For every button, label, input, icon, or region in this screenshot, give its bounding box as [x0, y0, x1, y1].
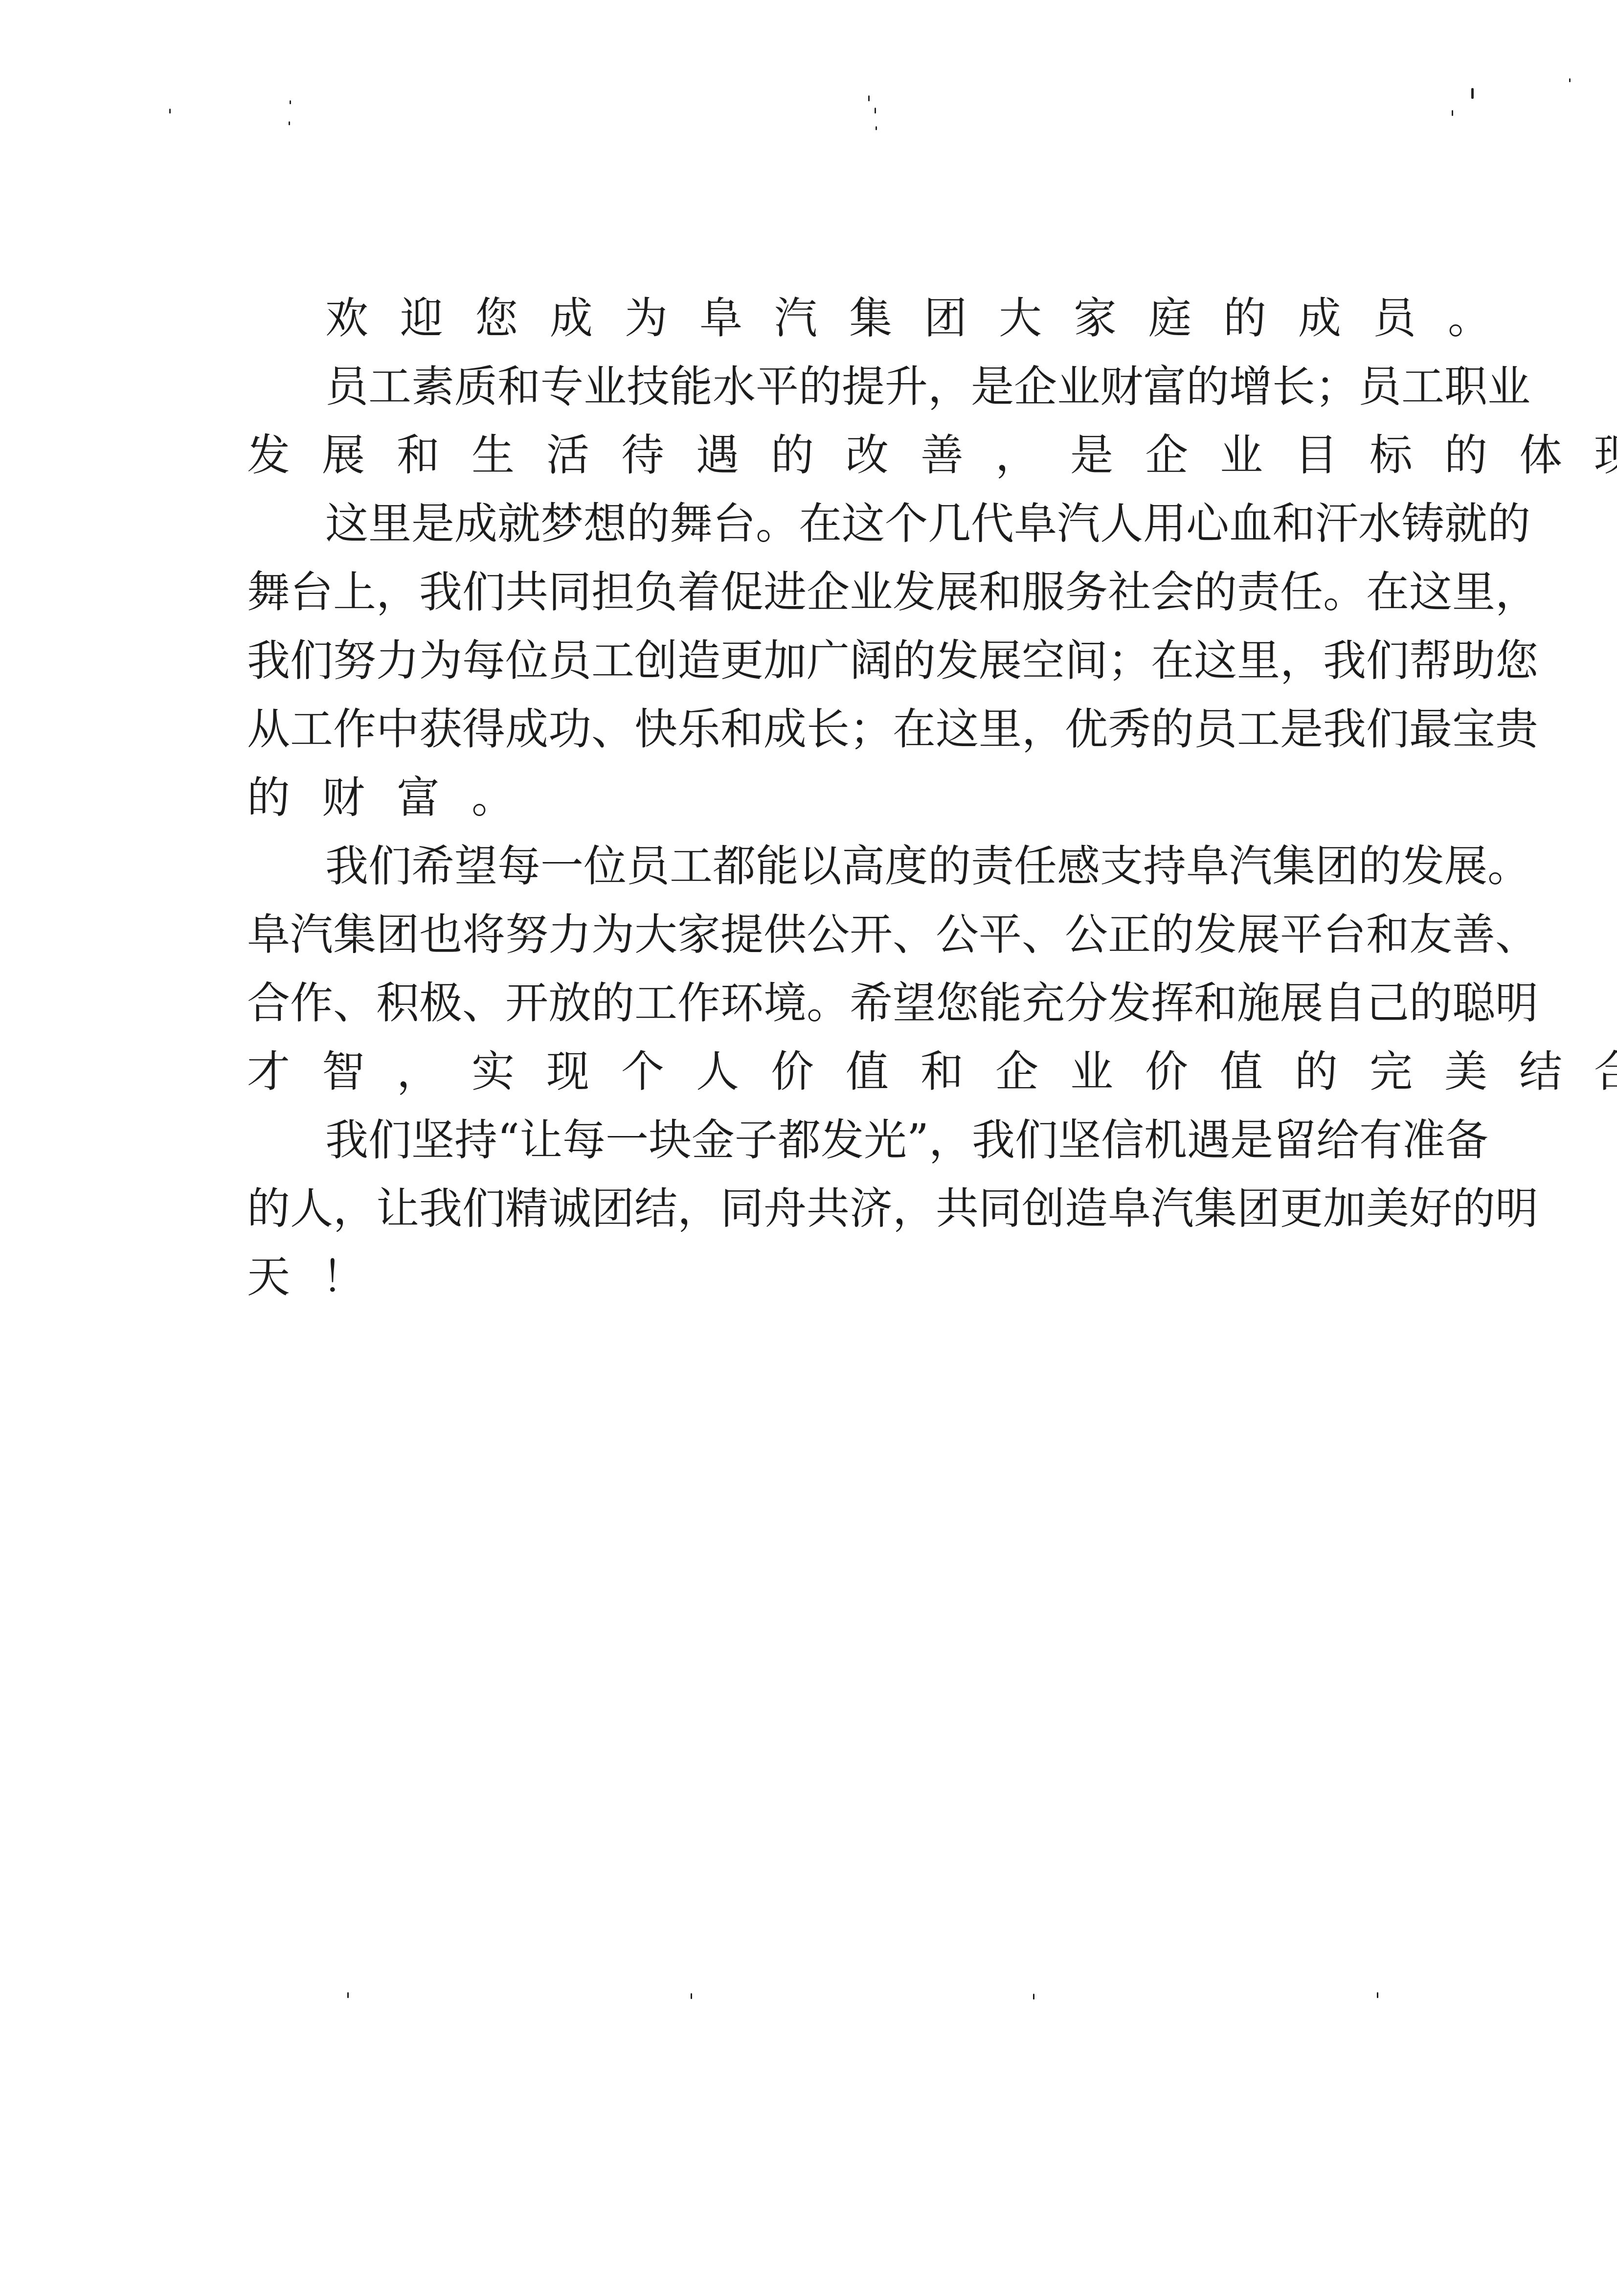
paragraph-4-line-2: 阜汽集团也将努力为大家提供公开、公平、公正的发展平台和友善、	[247, 900, 1370, 969]
scan-artifact	[169, 109, 171, 114]
scan-artifact	[290, 100, 291, 104]
scan-artifact	[875, 108, 876, 114]
paragraph-5-line-3: 天！	[247, 1243, 1370, 1311]
scan-artifact	[1569, 78, 1571, 82]
registration-mark	[1033, 1994, 1034, 2000]
paragraph-4-line-3: 合作、积极、开放的工作环境。希望您能充分发挥和施展自己的聪明	[247, 969, 1370, 1037]
scan-artifact	[1452, 110, 1453, 116]
paragraph-3-line-5: 的财富。	[247, 763, 1370, 832]
paragraph-2-line-1: 员工素质和专业技能水平的提升，是企业财富的增长；员工职业	[247, 352, 1370, 421]
paragraph-2-line-2: 发展和生活待遇的改善，是企业目标的体现。	[247, 421, 1370, 489]
paragraph-4-line-1: 我们希望每一位员工都能以高度的责任感支持阜汽集团的发展。	[247, 832, 1370, 900]
scan-artifact	[289, 121, 290, 125]
scan-artifact	[1471, 88, 1474, 99]
paragraph-1-line-1: 欢迎您成为阜汽集团大家庭的成员。	[247, 284, 1370, 352]
paragraph-5-line-2: 的人，让我们精诚团结，同舟共济，共同创造阜汽集团更加美好的明	[247, 1174, 1370, 1243]
registration-mark	[347, 1992, 349, 1998]
paragraph-3-line-3: 我们努力为每位员工创造更加广阔的发展空间；在这里，我们帮助您	[247, 626, 1370, 695]
paragraph-3-line-1: 这里是成就梦想的舞台。在这个几代阜汽人用心血和汗水铸就的	[247, 489, 1370, 558]
scan-artifact	[876, 126, 877, 130]
letter-body: 欢迎您成为阜汽集团大家庭的成员。 员工素质和专业技能水平的提升，是企业财富的增长…	[247, 284, 1370, 1311]
scanned-page: 欢迎您成为阜汽集团大家庭的成员。 员工素质和专业技能水平的提升，是企业财富的增长…	[0, 0, 1617, 2296]
paragraph-3-line-2: 舞台上，我们共同担负着促进企业发展和服务社会的责任。在这里，	[247, 558, 1370, 626]
registration-mark	[1377, 1992, 1378, 1998]
registration-mark	[691, 1993, 692, 1999]
paragraph-5-line-1: 我们坚持“让每一块金子都发光”，我们坚信机遇是留给有准备	[247, 1106, 1370, 1174]
paragraph-3-line-4: 从工作中获得成功、快乐和成长；在这里，优秀的员工是我们最宝贵	[247, 695, 1370, 763]
paragraph-4-line-4: 才智，实现个人价值和企业价值的完美结合。	[247, 1037, 1370, 1106]
scan-artifact	[868, 95, 870, 101]
